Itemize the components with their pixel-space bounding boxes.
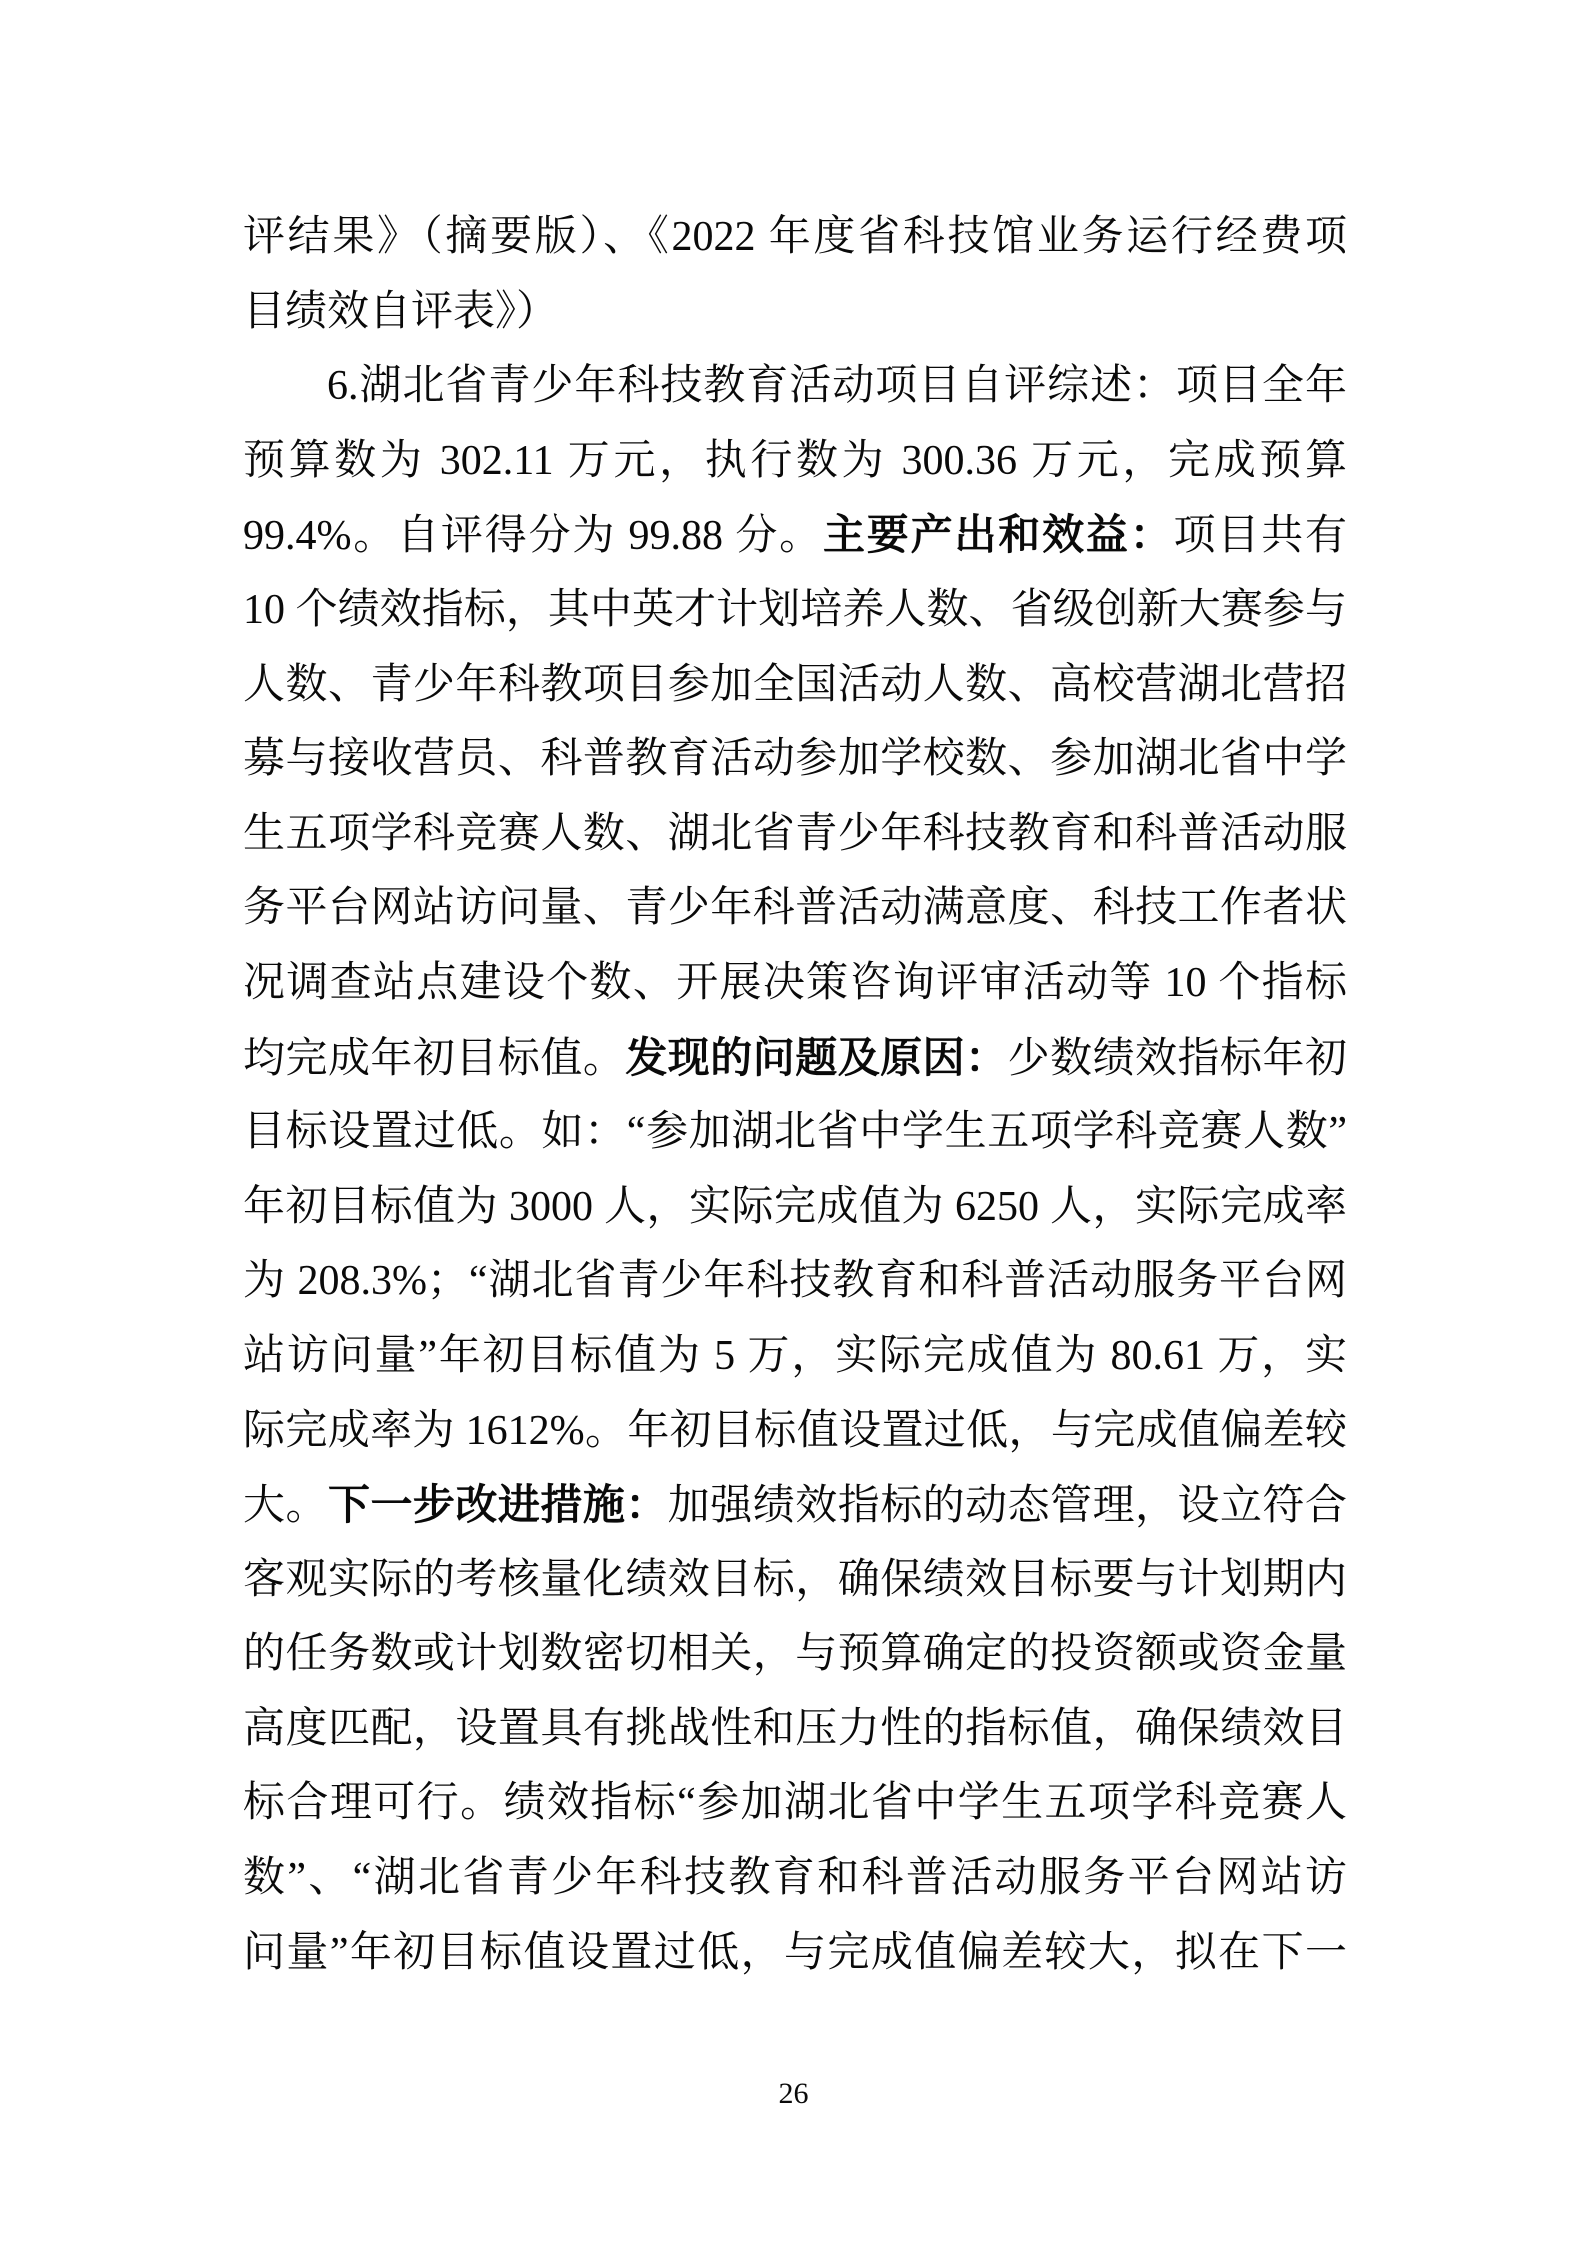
text-run: 际完成率为 1612%。年初目标值设置过低，与完成值偏差较 xyxy=(243,1408,1347,1454)
text-run: 年初目标值为 3000 人，实际完成值为 6250 人，实际完成率 xyxy=(243,1184,1347,1230)
text-run: 10 个绩效指标，其中英才计划培养人数、省级创新大赛参与 xyxy=(243,587,1347,633)
text-run: 均完成年初目标值。 xyxy=(243,1036,625,1082)
text-line: 目绩效自评表》） xyxy=(243,275,1347,350)
text-line: 99.4%。自评得分为 99.88 分。主要产出和效益：项目共有 xyxy=(243,498,1347,573)
text-line: 务平台网站访问量、青少年科普活动满意度、科技工作者状 xyxy=(243,871,1347,946)
text-run: 募与接收营员、科普教育活动参加学校数、参加湖北省中学 xyxy=(243,736,1347,782)
text-line: 数”、“湖北省青少年科技教育和科普活动服务平台网站访 xyxy=(243,1841,1347,1916)
text-line: 募与接收营员、科普教育活动参加学校数、参加湖北省中学 xyxy=(243,722,1347,797)
text-run: 生五项学科竞赛人数、湖北省青少年科技教育和科普活动服 xyxy=(243,811,1347,857)
text-run: 高度匹配，设置具有挑战性和压力性的指标值，确保绩效目 xyxy=(243,1706,1347,1752)
text-run: 为 208.3%；“湖北省青少年科技教育和科普活动服务平台网 xyxy=(243,1258,1347,1304)
text-line: 际完成率为 1612%。年初目标值设置过低，与完成值偏差较 xyxy=(243,1394,1347,1469)
text-run: 站访问量”年初目标值为 5 万，实际完成值为 80.61 万，实 xyxy=(243,1333,1347,1379)
text-line: 生五项学科竞赛人数、湖北省青少年科技教育和科普活动服 xyxy=(243,797,1347,872)
text-run: 目标设置过低。如：“参加湖北省中学生五项学科竞赛人数” xyxy=(243,1109,1347,1155)
text-line: 目标设置过低。如：“参加湖北省中学生五项学科竞赛人数” xyxy=(243,1095,1347,1170)
page-number: 26 xyxy=(0,2076,1587,2112)
text-run: 的任务数或计划数密切相关，与预算确定的投资额或资金量 xyxy=(243,1631,1347,1677)
text-run: 况调查站点建设个数、开展决策咨询评审活动等 10 个指标 xyxy=(243,960,1347,1006)
text-run: 评结果》（摘要版）、《2022 年度省科技馆业务运行经费项 xyxy=(243,214,1347,260)
text-line: 的任务数或计划数密切相关，与预算确定的投资额或资金量 xyxy=(243,1617,1347,1692)
text-line: 预算数为 302.11 万元，执行数为 300.36 万元，完成预算 xyxy=(243,424,1347,499)
bold-text-run: 主要产出和效益： xyxy=(823,511,1174,558)
text-run: 目绩效自评表》） xyxy=(243,289,558,335)
text-run: 数”、“湖北省青少年科技教育和科普活动服务平台网站访 xyxy=(243,1855,1347,1901)
text-line: 问量”年初目标值设置过低，与完成值偏差较大，拟在下一 xyxy=(243,1916,1347,1991)
text-line: 年初目标值为 3000 人，实际完成值为 6250 人，实际完成率 xyxy=(243,1170,1347,1245)
text-line: 高度匹配，设置具有挑战性和压力性的指标值，确保绩效目 xyxy=(243,1692,1347,1767)
text-run: 问量”年初目标值设置过低，与完成值偏差较大，拟在下一 xyxy=(243,1930,1347,1976)
text-line: 人数、青少年科教项目参加全国活动人数、高校营湖北营招 xyxy=(243,648,1347,723)
text-line: 均完成年初目标值。发现的问题及原因：少数绩效指标年初 xyxy=(243,1021,1347,1096)
document-body: 评结果》（摘要版）、《2022 年度省科技馆业务运行经费项目绩效自评表》）6.湖… xyxy=(243,200,1347,1990)
document-page: 评结果》（摘要版）、《2022 年度省科技馆业务运行经费项目绩效自评表》）6.湖… xyxy=(0,0,1587,2245)
text-run: 少数绩效指标年初 xyxy=(1008,1036,1347,1082)
text-run: 标合理可行。绩效指标“参加湖北省中学生五项学科竞赛人 xyxy=(243,1780,1347,1826)
text-line: 大。下一步改进措施：加强绩效指标的动态管理，设立符合 xyxy=(243,1468,1347,1543)
text-run: 务平台网站访问量、青少年科普活动满意度、科技工作者状 xyxy=(243,885,1347,931)
text-run: 预算数为 302.11 万元，执行数为 300.36 万元，完成预算 xyxy=(243,438,1347,484)
text-run: 加强绩效指标的动态管理，设立符合 xyxy=(668,1483,1347,1529)
text-line: 标合理可行。绩效指标“参加湖北省中学生五项学科竞赛人 xyxy=(243,1766,1347,1841)
bold-text-run: 发现的问题及原因： xyxy=(625,1034,1007,1081)
text-run: 99.4%。自评得分为 99.88 分。 xyxy=(243,513,823,559)
text-run: 客观实际的考核量化绩效目标，确保绩效目标要与计划期内 xyxy=(243,1557,1347,1603)
text-run: 人数、青少年科教项目参加全国活动人数、高校营湖北营招 xyxy=(243,662,1347,708)
text-line: 况调查站点建设个数、开展决策咨询评审活动等 10 个指标 xyxy=(243,946,1347,1021)
text-line: 评结果》（摘要版）、《2022 年度省科技馆业务运行经费项 xyxy=(243,200,1347,275)
text-run: 项目共有 xyxy=(1174,513,1347,559)
bold-text-run: 下一步改进措施： xyxy=(328,1481,668,1528)
text-line: 为 208.3%；“湖北省青少年科技教育和科普活动服务平台网 xyxy=(243,1244,1347,1319)
text-run: 大。 xyxy=(243,1483,328,1529)
text-run: 6.湖北省青少年科技教育活动项目自评综述：项目全年 xyxy=(327,363,1347,409)
text-line: 6.湖北省青少年科技教育活动项目自评综述：项目全年 xyxy=(243,349,1347,424)
text-line: 站访问量”年初目标值为 5 万，实际完成值为 80.61 万，实 xyxy=(243,1319,1347,1394)
text-line: 10 个绩效指标，其中英才计划培养人数、省级创新大赛参与 xyxy=(243,573,1347,648)
text-line: 客观实际的考核量化绩效目标，确保绩效目标要与计划期内 xyxy=(243,1543,1347,1618)
